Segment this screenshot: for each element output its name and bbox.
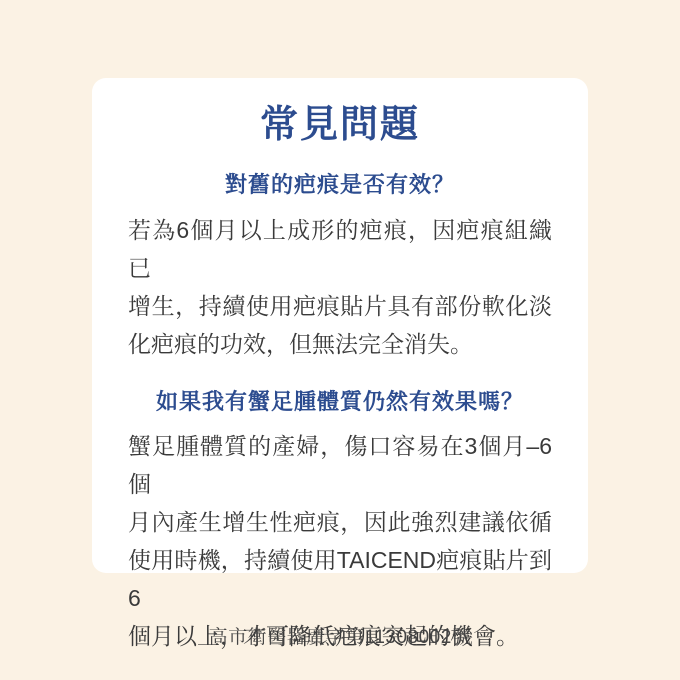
faq-answer-keloid: 蟹足腫體質的產婦，傷口容易在3個月–6個 月內產生增生性疤痕，因此強烈建議依循 … <box>128 427 552 655</box>
faq-answer-old-scars: 若為6個月以上成形的疤痕，因疤痕組織已 增生，持續使用疤痕貼片具有部份軟化淡 化… <box>128 211 552 363</box>
answer-line: 若為6個月以上成形的疤痕，因疤痕組織已 <box>128 211 552 287</box>
page-title: 常見問題 <box>128 102 552 148</box>
faq-question-old-scars: 對舊的疤痕是否有效？ <box>128 170 552 200</box>
answer-line: 使用時機，持續使用TAICEND疤痕貼片到6 <box>128 541 552 617</box>
faq-item-old-scars: 對舊的疤痕是否有效？ 若為6個月以上成形的疤痕，因疤痕組織已 增生，持續使用疤痕… <box>128 170 552 363</box>
page-background: 常見問題 對舊的疤痕是否有效？ 若為6個月以上成形的疤痕，因疤痕組織已 增生，持… <box>0 0 680 680</box>
answer-line: 月內產生增生性疤痕，因此強烈建議依循 <box>128 503 552 541</box>
faq-question-keloid: 如果我有蟹足腫體質仍然有效果嗎？ <box>128 387 552 417</box>
answer-line: 蟹足腫體質的產婦，傷口容易在3個月–6個 <box>128 427 552 503</box>
answer-line: 增生，持續使用疤痕貼片具有部份軟化淡 <box>128 287 552 325</box>
license-text: 高市衛醫器廣字第11308002號 <box>0 626 680 650</box>
faq-card: 常見問題 對舊的疤痕是否有效？ 若為6個月以上成形的疤痕，因疤痕組織已 增生，持… <box>92 78 588 573</box>
faq-item-keloid: 如果我有蟹足腫體質仍然有效果嗎？ 蟹足腫體質的產婦，傷口容易在3個月–6個 月內… <box>128 387 552 655</box>
answer-line: 化疤痕的功效，但無法完全消失。 <box>128 325 552 363</box>
